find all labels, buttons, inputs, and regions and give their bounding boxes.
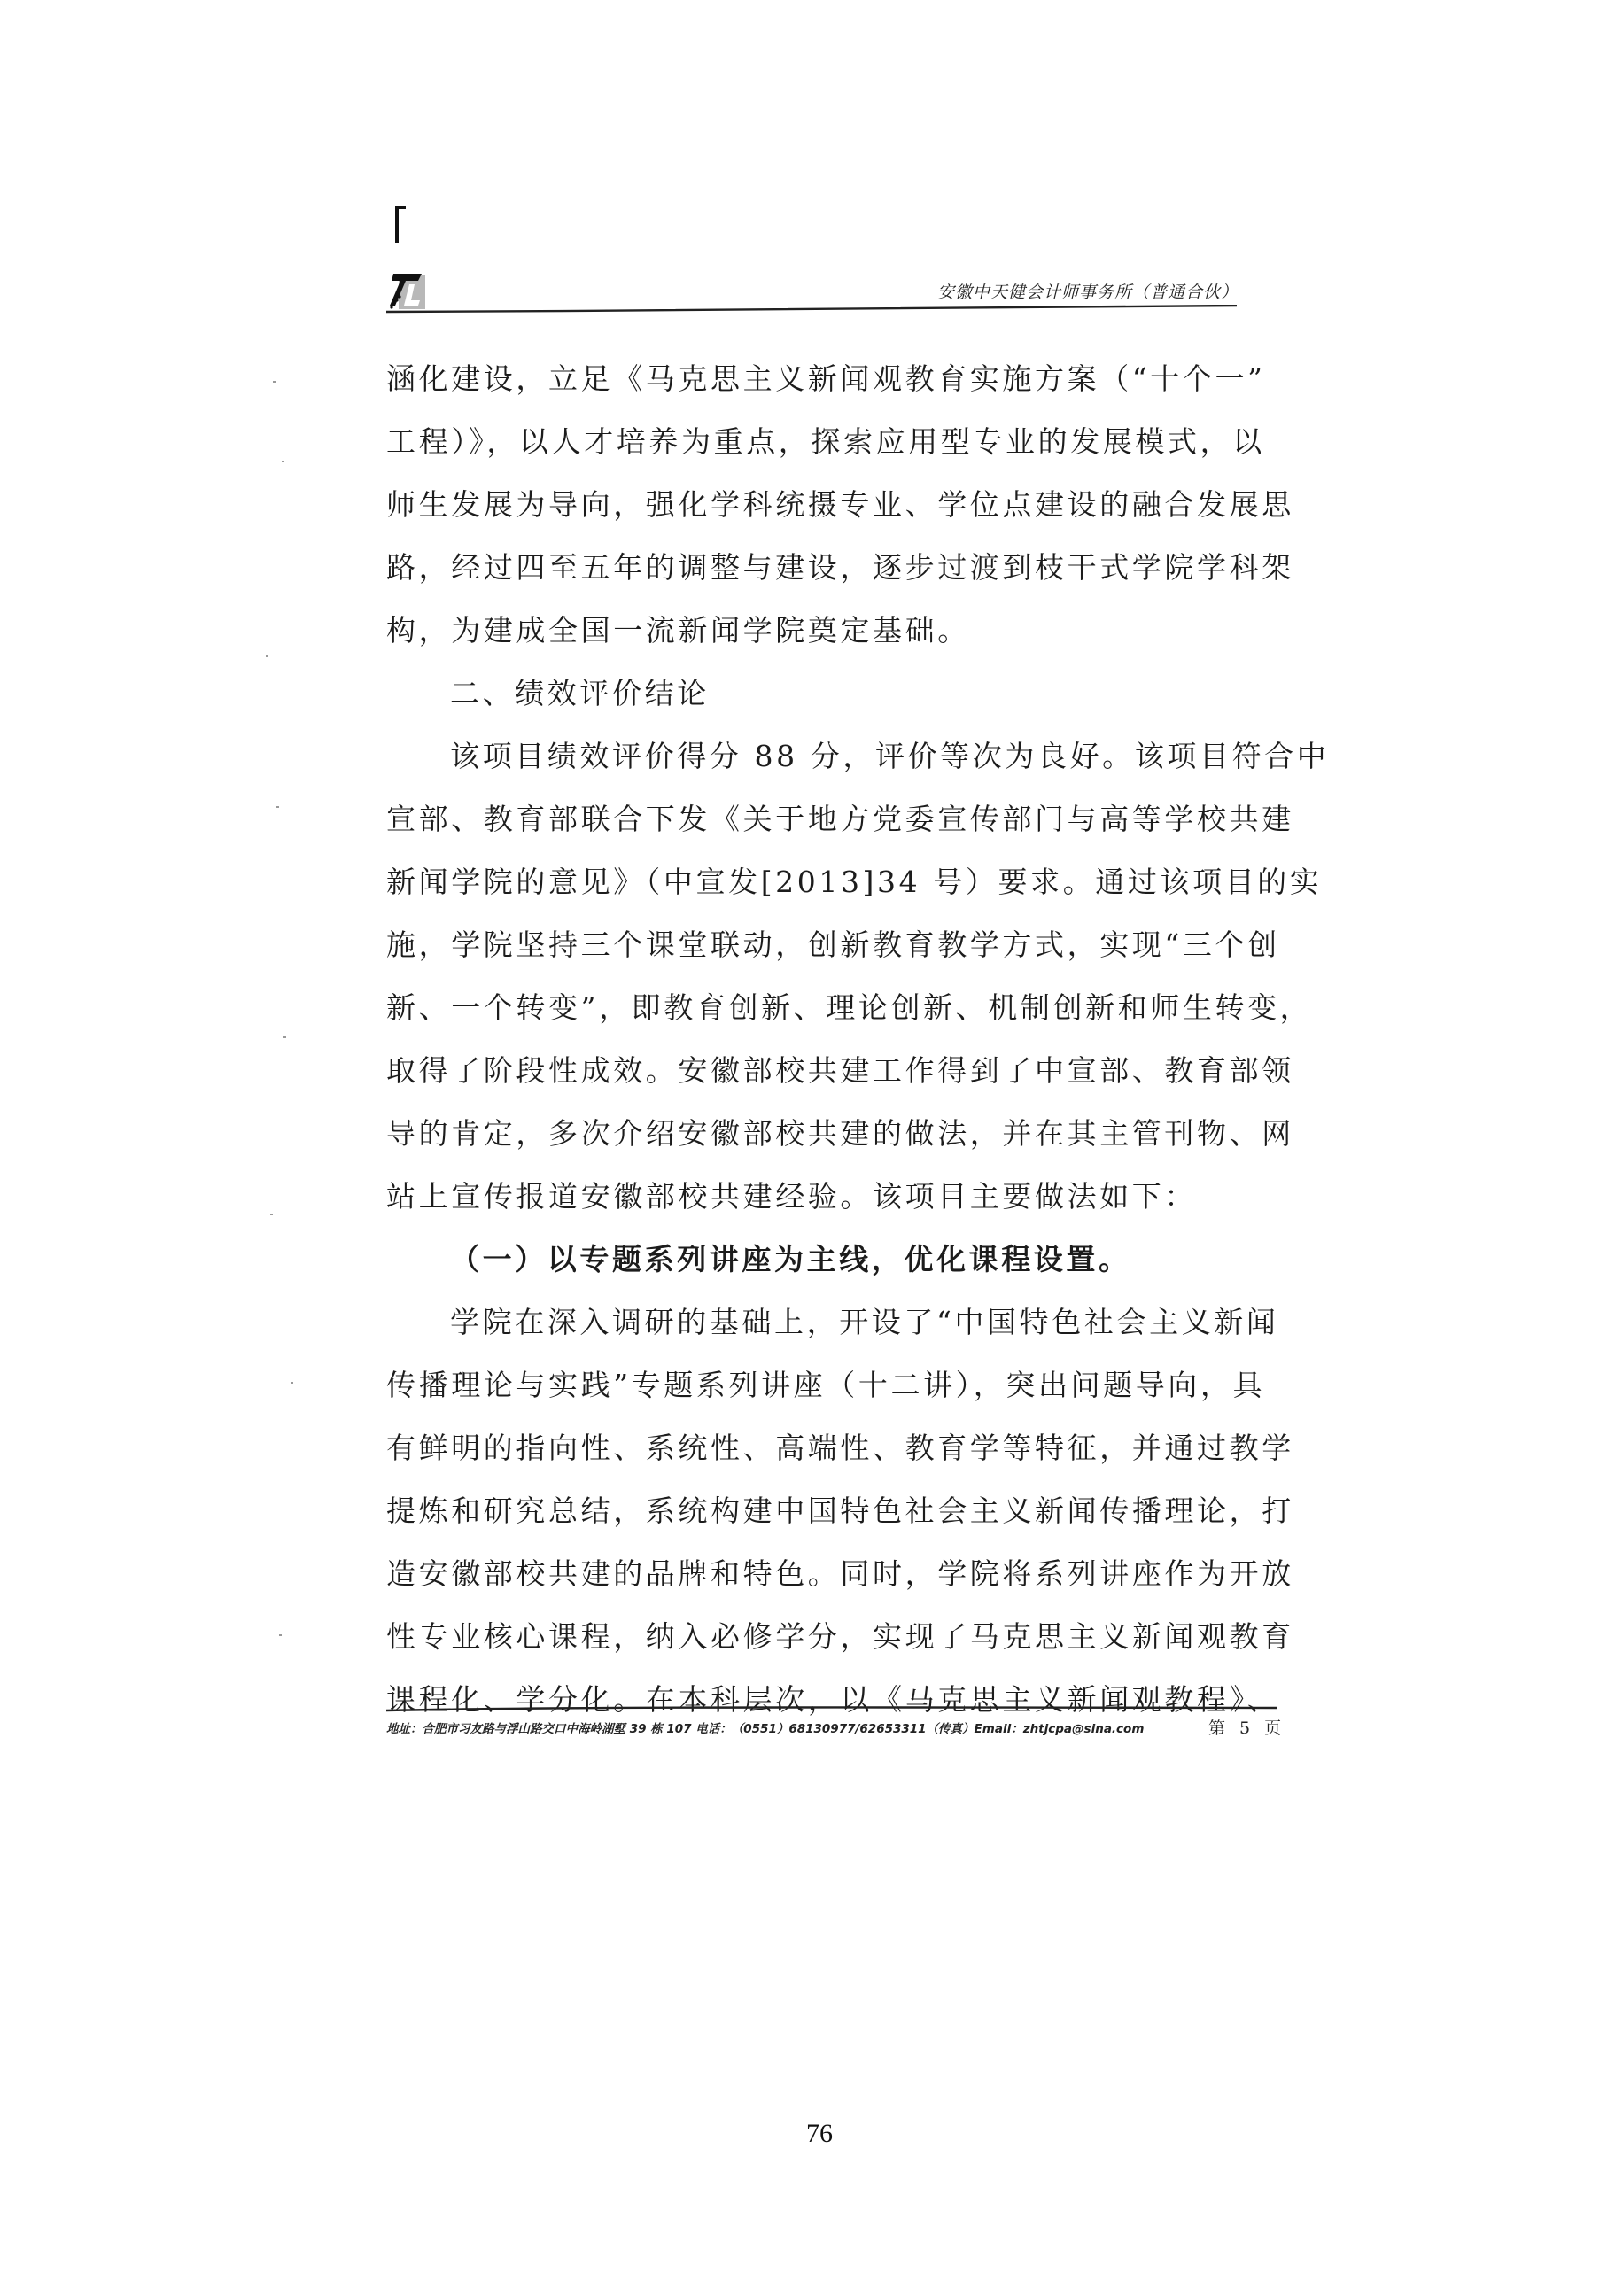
body-line: 该项目绩效评价得分 88 分，评价等次为良好。该项目符合中	[386, 725, 1263, 787]
body-line: 取得了阶段性成效。安徽部校共建工作得到了中宣部、教育部领	[386, 1039, 1263, 1102]
body-line: 涵化建设，立足《马克思主义新闻观教育实施方案（“十个一”	[386, 347, 1263, 410]
body-line: 造安徽部校共建的品牌和特色。同时，学院将系列讲座作为开放	[386, 1542, 1263, 1605]
scan-speck	[291, 1382, 293, 1384]
body-line: 师生发展为导向，强化学科统摄专业、学位点建设的融合发展思	[386, 473, 1263, 536]
body-line: 路，经过四至五年的调整与建设，逐步过渡到枝干式学院学科架	[386, 536, 1263, 599]
scan-speck	[270, 1214, 273, 1215]
body-line: 工程）》，以人才培养为重点，探索应用型专业的发展模式，以	[386, 410, 1263, 473]
body-line: 传播理论与实践”专题系列讲座（十二讲），突出问题导向，具	[386, 1354, 1263, 1416]
document-body: 涵化建设，立足《马克思主义新闻观教育实施方案（“十个一” 工程）》，以人才培养为…	[386, 347, 1263, 1731]
section-heading: 二、绩效评价结论	[386, 662, 1263, 725]
body-line: 导的肯定，多次介绍安徽部校共建的做法，并在其主管刊物、网	[386, 1102, 1263, 1165]
scan-corner-mark	[395, 206, 406, 243]
header-rule	[386, 305, 1237, 314]
page-number: 76	[806, 2119, 833, 2149]
scan-speck	[273, 381, 276, 383]
footer-rule	[386, 1704, 1277, 1713]
header-firm-name: 安徽中天健会计师事务所（普通合伙）	[937, 279, 1239, 303]
body-line: 施，学院坚持三个课堂联动，创新教育教学方式，实现“三个创	[386, 913, 1263, 976]
scan-speck	[266, 655, 268, 657]
footer-page-label: 第 5 页	[1208, 1715, 1285, 1739]
scan-speck	[283, 1036, 286, 1038]
body-line: 性专业核心课程，纳入必修学分，实现了马克思主义新闻观教育	[386, 1605, 1263, 1668]
body-line: 提炼和研究总结，系统构建中国特色社会主义新闻传播理论，打	[386, 1479, 1263, 1542]
scan-speck	[276, 806, 279, 808]
body-line: 站上宣传报道安徽部校共建经验。该项目主要做法如下：	[386, 1165, 1263, 1228]
body-line: 宣部、教育部联合下发《关于地方党委宣传部门与高等学校共建	[386, 787, 1263, 850]
scan-speck	[282, 461, 284, 462]
body-line: 新闻学院的意见》（中宣发[2013]34 号）要求。通过该项目的实	[386, 850, 1263, 913]
scan-speck	[279, 1634, 282, 1636]
body-line: 新、一个转变”，即教育创新、理论创新、机制创新和师生转变，	[386, 976, 1263, 1039]
body-line: 学院在深入调研的基础上，开设了“中国特色社会主义新闻	[386, 1291, 1263, 1354]
body-line: 构，为建成全国一流新闻学院奠定基础。	[386, 599, 1263, 662]
body-line: 有鲜明的指向性、系统性、高端性、教育学等特征，并通过教学	[386, 1416, 1263, 1479]
footer-address: 地址：合肥市习友路与浮山路交口中海岭湖墅 39 栋 107 电话：（0551）6…	[386, 1718, 1144, 1736]
subsection-heading: （一）以专题系列讲座为主线，优化课程设置。	[386, 1228, 1263, 1291]
